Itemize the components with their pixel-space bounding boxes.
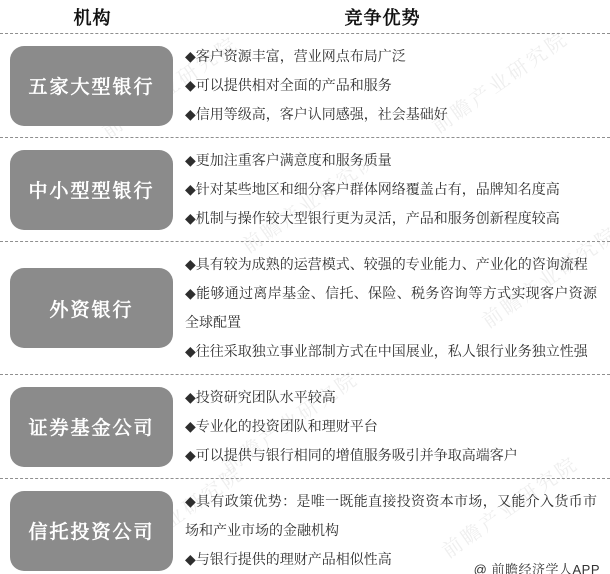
- advantage-item: ◆专业化的投资团队和理财平台: [185, 412, 597, 441]
- institution-box: 外资银行: [10, 268, 173, 348]
- advantages-list: ◆更加注重客户满意度和服务质量◆针对某些地区和细分客户群体网络覆盖占有，品牌知名…: [185, 144, 597, 235]
- advantage-item: ◆针对某些地区和细分客户群体网络覆盖占有，品牌知名度高: [185, 175, 597, 204]
- institution-label: 五家大型银行: [28, 72, 154, 99]
- institution-label: 信托投资公司: [28, 517, 154, 544]
- source-credit: @ 前瞻经济学人APP: [474, 559, 600, 574]
- advantages-list: ◆投资研究团队水平较高◆专业化的投资团队和理财平台◆可以提供与银行相同的增值服务…: [185, 381, 597, 472]
- advantages-list: ◆具有较为成熟的运营模式、较强的专业能力、产业化的咨询流程◆能够通过离岸基金、信…: [185, 248, 597, 368]
- column-header-institution: 机构: [74, 8, 112, 28]
- table-row: 证券基金公司 ◆投资研究团队水平较高◆专业化的投资团队和理财平台◆可以提供与银行…: [0, 375, 610, 479]
- institution-box: 证券基金公司: [10, 387, 173, 467]
- advantage-item: ◆投资研究团队水平较高: [185, 383, 597, 412]
- table-row: 中小型型银行 ◆更加注重客户满意度和服务质量◆针对某些地区和细分客户群体网络覆盖…: [0, 138, 610, 242]
- institution-column: 信托投资公司: [0, 491, 185, 571]
- institution-column: 外资银行: [0, 268, 185, 348]
- column-header-advantage: 竞争优势: [345, 8, 421, 28]
- institution-label: 中小型型银行: [28, 176, 154, 203]
- table-body: 五家大型银行 ◆客户资源丰富，营业网点布局广泛◆可以提供相对全面的产品和服务◆信…: [0, 34, 610, 574]
- advantage-item: ◆信用等级高，客户认同感强，社会基础好: [185, 100, 597, 129]
- institution-box: 中小型型银行: [10, 150, 173, 230]
- institution-column: 五家大型银行: [0, 46, 185, 126]
- table-row: 外资银行 ◆具有较为成熟的运营模式、较强的专业能力、产业化的咨询流程◆能够通过离…: [0, 242, 610, 375]
- advantage-item: ◆客户资源丰富，营业网点布局广泛: [185, 42, 597, 71]
- table-header: 机构 竞争优势: [0, 0, 610, 34]
- institution-column: 证券基金公司: [0, 387, 185, 467]
- advantage-item: ◆往往采取独立事业部制方式在中国展业，私人银行业务独立性强: [185, 337, 597, 366]
- advantage-item: ◆具有较为成熟的运营模式、较强的专业能力、产业化的咨询流程: [185, 250, 597, 279]
- institution-label: 证券基金公司: [28, 413, 154, 440]
- institution-box: 五家大型银行: [10, 46, 173, 126]
- institution-box: 信托投资公司: [10, 491, 173, 571]
- table-row: 五家大型银行 ◆客户资源丰富，营业网点布局广泛◆可以提供相对全面的产品和服务◆信…: [0, 34, 610, 138]
- advantages-list: ◆客户资源丰富，营业网点布局广泛◆可以提供相对全面的产品和服务◆信用等级高，客户…: [185, 40, 597, 131]
- advantage-item: ◆更加注重客户满意度和服务质量: [185, 146, 597, 175]
- institution-column: 中小型型银行: [0, 150, 185, 230]
- infographic-table: 前瞻产业研究院 前瞻产业研究院 前瞻产业研究院 前瞻产业研究院 前瞻产业研究院 …: [0, 0, 610, 574]
- advantage-item: ◆可以提供相对全面的产品和服务: [185, 71, 597, 100]
- advantage-item: ◆具有政策优势：是唯一既能直接投资资本市场，又能介入货币市场和产业市场的金融机构: [185, 487, 597, 545]
- institution-label: 外资银行: [49, 295, 133, 322]
- advantage-item: ◆可以提供与银行相同的增值服务吸引并争取高端客户: [185, 441, 597, 470]
- advantage-item: ◆能够通过离岸基金、信托、保险、税务咨询等方式实现客户资源全球配置: [185, 279, 597, 337]
- advantage-item: ◆机制与操作较大型银行更为灵活，产品和服务创新程度较高: [185, 204, 597, 233]
